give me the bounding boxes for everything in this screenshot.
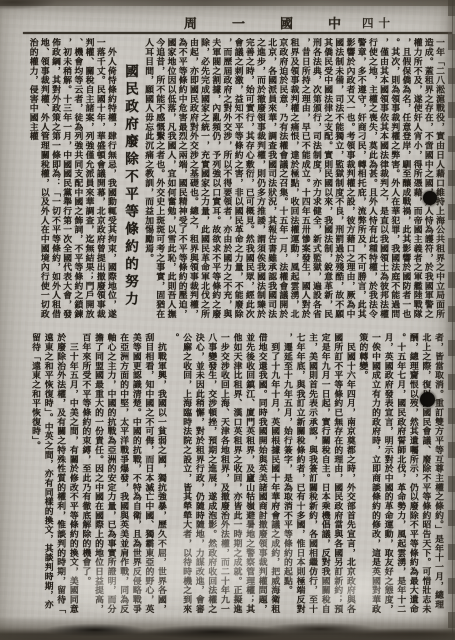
upper-left-columns: 外人倚恃條約特權，肆行無忌，我國動輒受其拘束，國際地位，遂一落千丈。民國十年，華… — [27, 38, 117, 319]
text-column: 國法制未備，司法不能獨立，監獄制度不良，刑罰過於殘酷，故不願 — [333, 38, 344, 319]
text-column: 在亞洲方面的中堅，太平洋戰爭爆發，我國與英美並肩作戰，同為反 — [118, 333, 131, 616]
text-column: 月，英國政府發表宣言，明示對於中國的革命運動，取友好之態度， — [382, 333, 395, 616]
lower-text-block: 者，皆當取消。重訂雙方平等互尊主權之條約。」是年十一月，總理北上之際，復以開國民… — [24, 333, 445, 616]
text-column: 會議之刺激，益知不平等條約之害，非以國民革命之力量，不能廢除 — [232, 38, 243, 319]
text-column: ，僅由其本國領事依其本國法律裁判之，是直以我國領土為彼邦法權 — [378, 38, 389, 319]
text-column: 地、領事裁判權、外人管理關稅權，以及外人在中國境內行使一切政 — [39, 38, 50, 319]
text-column: 佈政綱，其對外政策之第一條即為：「一切不平等條約，如外人租借 — [50, 38, 61, 319]
text-column: 決心，並未因此稍懈，對於租界行政，仍隨時隨地，力謀改進，會審 — [193, 333, 206, 616]
text-column: 策的轉變。 — [357, 333, 370, 616]
scan-right-edge-line — [452, 0, 454, 640]
text-column: 借地交還我國。同時我國開始與英美諸國商討撤廢領事裁判權問題， — [256, 333, 269, 616]
article-heading: 國民政府廢除不平等條約的努力 — [117, 38, 143, 319]
text-column: 刮目相看，知中國之不可侮，而日本滅亡中國、獨霸東亞的野心，英 — [143, 333, 156, 616]
text-column: 公廨之收回，上海臨時法院之設立，皆其犖犖大者，以待時機之到來 — [181, 333, 194, 616]
text-column: 外人倚恃條約特權，肆行無忌，我國動輒受其拘束，國際地位，遂 — [106, 38, 117, 319]
text-column: 到了十九年十月，英國根據民國十年華府會議之成約，把威海衛租 — [269, 333, 282, 616]
text-column: 判權、關稅自主諸案，列強僅允派員來華調查，迄無結果；門戶開放 — [83, 38, 94, 319]
ink-dot — [423, 191, 437, 205]
text-column: 並先後收回鎮江、廈門英租界，及廬山牯嶺避暑地之警察管理權；其 — [244, 333, 257, 616]
text-column: 由起，亦即國民政府對外交涉之基礎也。總之，租界與領事裁判權， — [188, 38, 199, 319]
text-column: 抗戰軍興，我國以一貧弱之國，獨抗強暴，歷久不屈，世界各國， — [155, 333, 168, 616]
text-column: 遠東之和平恢復時」。中英之間，亦有同樣的換文，其談判時期，亦 — [42, 333, 55, 616]
text-column: 警章，多不遵守，奸商刁民，轉相托庇，流弊所及，不可勝言，此其 — [356, 38, 367, 319]
text-column: ，而歷屆政府之對外交涉，所以不得要領者，亦由於國力之不充，與 — [221, 38, 232, 319]
scan-bottom-shadow-band — [0, 614, 455, 640]
text-column: 。十五年七月，國民政府誓師北伐，革命勢力，風起雲湧，是年十二 — [395, 333, 408, 616]
scan-top-left-corner-shadow — [0, 0, 70, 14]
text-column: 其僑民受中國法律之支配。實則民國以來，我國法制，銳意革新，民 — [322, 38, 333, 319]
text-column: 百年來所受不平等條約的束縛，至此乃有徹底解除的機會了。 — [80, 333, 93, 616]
text-column: 影響於內政者又一也。考領事裁判權之設，彼方藉口之理由，厥為中 — [344, 38, 355, 319]
text-column: ，昔日所持之理由，早已不能成立。十四年五卅慘案發生，國人對於 — [300, 38, 311, 319]
scanned-magazine-page: 周 一 國 中 四十 一年「二八淞滬戰役，實由日人藉口維持上海公共租界之中立局面… — [0, 0, 455, 640]
masthead-rule — [23, 32, 452, 34]
text-column: 七年年底，與我訂立新關稅條約者，已有十多國，惟日本則極端反對 — [294, 333, 307, 616]
text-column: 國家地位因以低落，凡我國人，宜如何奮勉，以雪此恥，此則吾人撫 — [165, 38, 176, 319]
text-column: ，初未稍解。十三年一月，中國國民黨舉行第一次全國代表大會，發 — [61, 38, 72, 319]
text-column: 美等國更認識清楚。中國的抗戰，不特為自衛，且為世界反侵略戰爭 — [130, 333, 143, 616]
text-column: 租界及領事裁判權之痛恨，達於極點，收回法權運動，風起雲湧，北 — [288, 38, 299, 319]
text-column: 一落千丈。民國十年，華盛頓會議開幕，北京政府曾提出撤廢領事裁 — [95, 38, 106, 319]
text-column: 之進步，而於撤廢領事裁判權，則仍多方推諉，謂須俟我國法制臻於 — [255, 38, 266, 319]
text-column: 北上之際，復以開國民會議、廢除不平等條約昭告天下。可惜壯志未 — [420, 333, 433, 616]
text-column: 軸心之主力，中國的抗戰為亞洲的安定力量，已為事實所證明，而分 — [105, 333, 118, 616]
text-column: 者，皆當取消。重訂雙方平等互尊主權之條約。」是年十一月，總理 — [432, 333, 445, 616]
text-column: 京政府迫於民意，乃有法權會議之召集。十五年一月，法權會議開於 — [277, 38, 288, 319]
text-column: 擔了同盟國最重大的一份責任。因之中國在國際上的地位日益提高， — [92, 333, 105, 616]
text-column: 、機會均等云者，徒為列強共同支配中國之飾詞，不平等條約之鎖鍊 — [72, 38, 83, 319]
text-column: 為不平等條約中危害最烈之兩端，國民精神受了不平等條約的壓迫， — [177, 38, 188, 319]
text-column: 定是年九月一日起，實行關稅自主。日本乘機倡議，反對我國關稅自 — [319, 333, 332, 616]
lower-columns: 者，皆當取消。重訂雙方平等互尊主權之條約。」是年十一月，總理北上之際，復以開國民… — [29, 333, 445, 616]
text-column: 行使之地，主權之喪失，莫此為甚。且外人恃有此種特權，於我法令 — [367, 38, 378, 319]
text-column: 除，必先完成國家之統一，充實國家之力量，此國民革命軍北伐之所 — [199, 38, 210, 319]
page-number: 四十 — [362, 15, 395, 31]
text-column: 他如天津比租界、漢口英租界之收回，亦皆此一時期之成就。正擬進 — [231, 333, 244, 616]
text-column: 夫軍閥之割據，內亂頻仍，予列強以口實耳。故欲求不平等條約之廢 — [210, 38, 221, 319]
text-column: 。 — [168, 333, 181, 616]
text-column: ，遷延至十九年五月，始行簽字，是為取消不平等條約的起點。 — [281, 333, 294, 616]
text-column: 北京，各國派員來華，調查我國司法狀況，其報告書雖承認我國司法 — [266, 38, 277, 319]
text-column: 治的權力，侵害中國主權 — [27, 38, 38, 319]
text-column: 人耳目間，願國人毋忘此沉痛之教訓，而益加惕勵焉。 — [143, 38, 154, 319]
text-column: 民國十六年四月，南京奠都之時，外交部首先宣言，北京政府與各 — [344, 333, 357, 616]
text-column: 三十年五月，中美之間，有關於修改不平等條約的換文，美國同意 — [67, 333, 80, 616]
upper-right-columns: 一年「二八淞滬戰役，實由日人藉口維持上海公共租界之中立局面所造成。蓋租界之存在，… — [143, 38, 445, 319]
text-column: 造成。蓋租界之存在，不啻國中之國，外人恃為護符，於我國軍警之 — [423, 38, 434, 319]
text-column: 國所訂不平等條約已無存在的理由，國民政府當與各國另訂新約；預 — [332, 333, 345, 616]
upper-text-block: 一年「二八淞滬戰役，實由日人藉口維持上海公共租界之中立局面所造成。蓋租界之存在，… — [24, 38, 445, 319]
text-column: 主，美國則首先表示承認，與我簽訂關稅新約，各國相繼仿行，至十 — [306, 333, 319, 616]
text-column: 一俟中國成立有力的政府時，立即商談條約的修改，這是英國對華政 — [369, 333, 382, 616]
text-column: 於廢除治外法權，及有關之特殊性質的權利，惟談判的時期，留待「 — [55, 333, 68, 616]
text-column: 權力所不及，遂使奸人宵小，得所憑藉，而帝國主義者之軍艦陸戰隊 — [411, 38, 422, 319]
ink-dot — [420, 392, 435, 407]
text-column: 刑各法典，次第頒行，司法制度，亦力求健全，新式監獄，遍設各省 — [311, 38, 322, 319]
masthead-title: 周 一 國 中 — [184, 13, 352, 29]
text-column: 八事變發生，交涉頓挫，預期之進展，遂成泡影。然政府收回法權之 — [206, 333, 219, 616]
text-column: 一年「二八淞滬戰役，實由日人藉口維持上海公共租界之中立局面所 — [434, 38, 445, 319]
text-column: 今追昔，所不能不感慨繫之者也。外交史上斑斑可考之事實，固猶在 — [154, 38, 165, 319]
text-column: 。其次，則為領事裁判權之弊害。外人在華犯罪，我國法庭不能過問 — [389, 38, 400, 319]
text-column: 酬，總理齎恨以歿，然其遺囑所示，仍以廢除不平等條約為最大遺命 — [407, 333, 420, 616]
text-column: ，且假保僑為名，任意登岸，馴至釀成戰禍，此其影響於國防者一也 — [400, 38, 411, 319]
text-column: 一步交涉收回上海、天津各地租界，及撤廢治外法權，而二十年九一 — [218, 333, 231, 616]
text-column: 完善之時，始可實行，其存心敷衍，已可概見。然我國民眾，經此次 — [244, 38, 255, 319]
text-column: 留待「遠東之和平恢復時」。 — [29, 333, 42, 616]
